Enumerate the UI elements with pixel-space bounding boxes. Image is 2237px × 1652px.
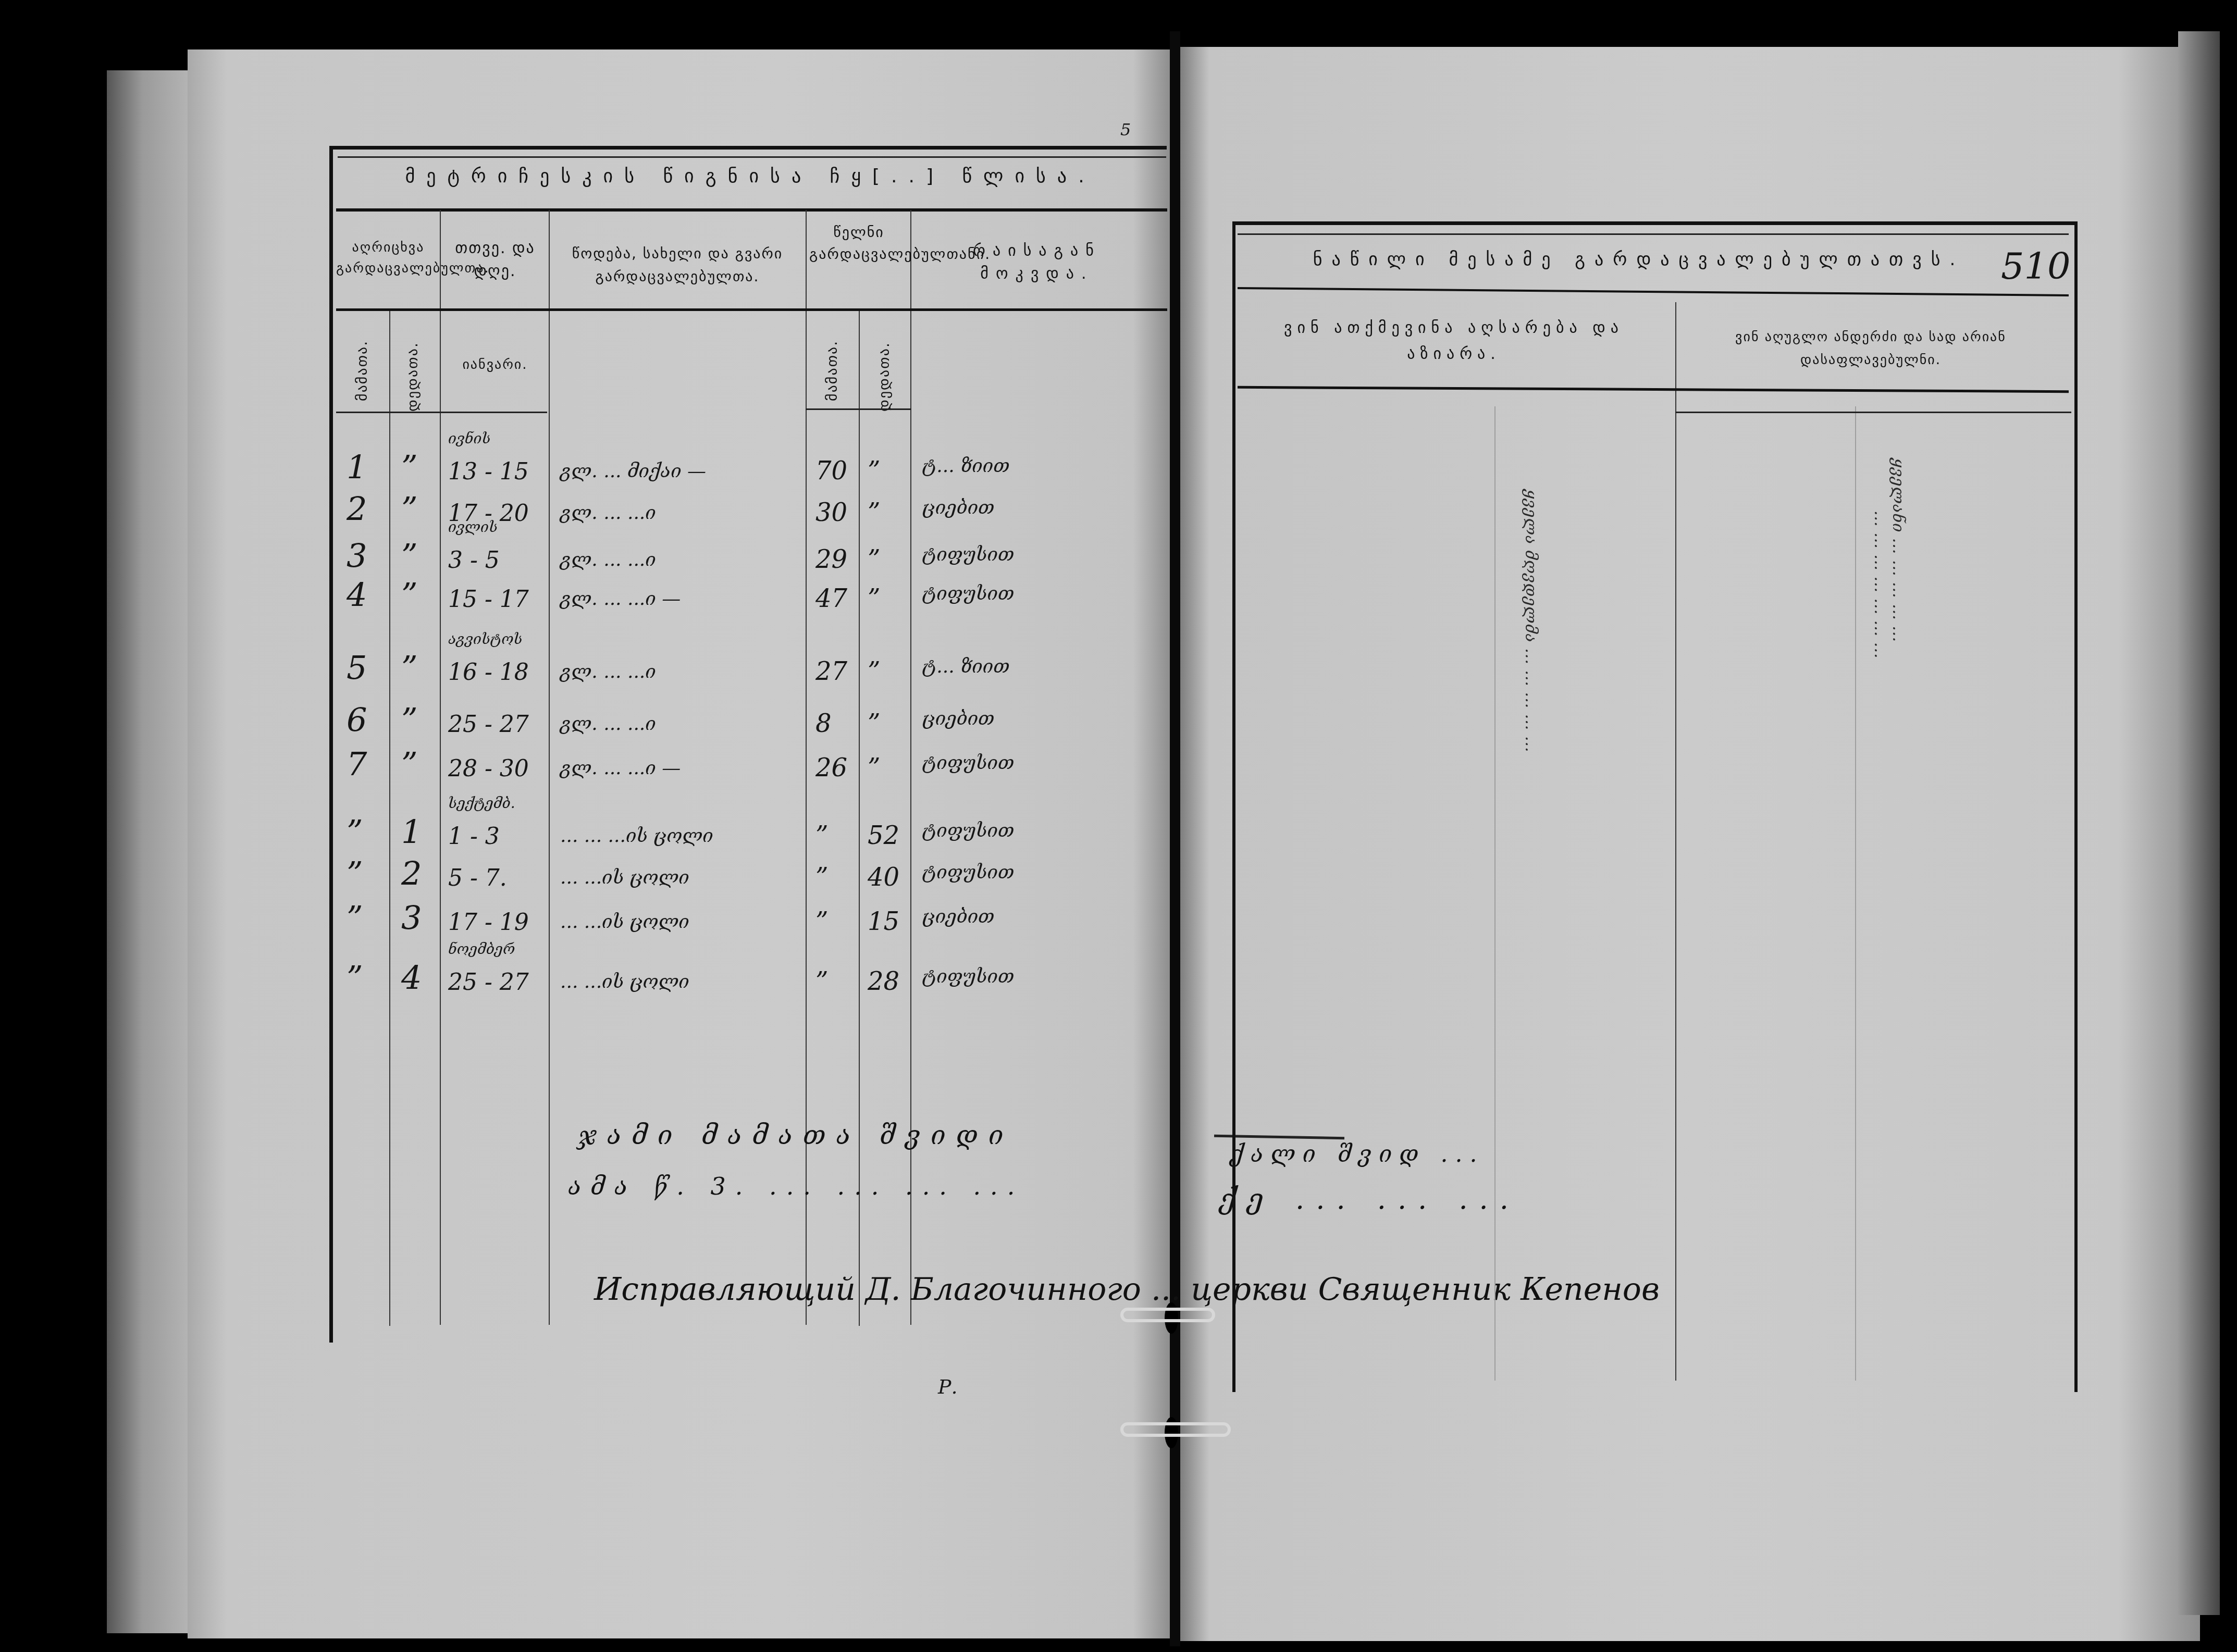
header-count: აღრიცხვა გარდაცვალებულთა.	[336, 237, 440, 279]
row-count-female: 1	[401, 813, 422, 851]
row-age-male: ”	[815, 967, 829, 996]
row-name: ... ...ის ცოლი	[560, 867, 689, 888]
row-count-male: ”	[347, 899, 363, 937]
row-count-male: 6	[347, 701, 367, 739]
row-name: გლ. ... ...ი —	[560, 588, 681, 610]
left-table-frame	[329, 146, 1167, 1343]
row-name: გლ. ... მიქაი —	[560, 461, 706, 482]
row-count-female: 2	[401, 854, 422, 892]
subheader-age-female: დედათა.	[875, 323, 893, 412]
row-cause: ტიფუსით	[922, 583, 1014, 604]
row-month: ივლის	[448, 518, 498, 536]
right-faint-divider	[1494, 406, 1496, 1381]
row-name: გლ. ... ...ი	[560, 502, 656, 524]
row-age-female: ”	[868, 545, 881, 574]
row-age-female: ”	[868, 584, 881, 613]
bottom-mark: Р.	[938, 1375, 958, 1398]
left-page-title: მეტრიჩესკის წიგნისა ჩყ[..] წლისა.	[344, 166, 1157, 187]
header-age: წელნი გარდაცვალებულთანი.	[809, 221, 908, 265]
subheader-count-male: მამათა.	[353, 323, 370, 401]
row-age-female: 15	[868, 907, 899, 936]
row-age-male: 29	[815, 545, 847, 574]
row-count-male: 4	[347, 576, 367, 614]
row-age-female: ”	[868, 753, 881, 782]
row-cause: ციებით	[922, 497, 994, 518]
row-count-male: 5	[347, 649, 367, 687]
row-count-male: 1	[347, 448, 367, 486]
vertical-note-confession: ყველა მღვდელმა ... ... ... ... ...	[1522, 490, 1540, 1094]
row-count-male: 3	[347, 537, 367, 575]
right-page-edge	[2178, 31, 2220, 1615]
left-body-rule-age	[806, 408, 911, 410]
row-dates: 25 - 27	[448, 711, 529, 738]
row-dates: 17 - 19	[448, 909, 529, 936]
row-count-female: ”	[401, 701, 418, 739]
left-subheader-rule	[336, 308, 1167, 311]
row-dates: 16 - 18	[448, 659, 529, 686]
row-cause: ტიფუსით	[922, 966, 1014, 987]
row-age-female: 40	[868, 863, 899, 892]
row-count-male: ”	[347, 813, 363, 851]
row-month: ნოემბერ	[448, 940, 515, 958]
row-age-female: ”	[868, 498, 881, 527]
closing-line-2: ამა წ. 3. ... ... ... ...	[568, 1172, 1024, 1200]
row-name: ... ...ის ცოლი	[560, 911, 689, 933]
row-cause: ტიფუსით	[922, 544, 1014, 565]
row-cause: ტიფუსით	[922, 862, 1014, 883]
left-header-rule	[336, 208, 1167, 212]
header-month-day: თთვე. და დღე.	[443, 237, 547, 283]
row-dates: 5 - 7.	[448, 865, 507, 891]
row-age-female: 28	[868, 967, 899, 996]
row-name: ... ...ის ცოლი	[560, 971, 689, 992]
row-cause: ტ... ზიით	[922, 656, 1010, 677]
row-month: სექტემბ.	[448, 794, 515, 812]
row-age-male: 70	[815, 456, 847, 486]
right-body-rule-2	[1675, 412, 2071, 413]
row-age-female: 52	[868, 821, 899, 850]
right-title-top-rule	[1238, 233, 2069, 235]
right-col-divider	[1675, 302, 1676, 1381]
header-confession: ვინ ათქმევინა აღსარება და აზიარა.	[1245, 315, 1662, 367]
right-faint-divider	[1855, 406, 1856, 1381]
col-subdivider-count	[389, 310, 390, 1326]
row-age-female: ”	[868, 709, 881, 738]
row-dates: 28 - 30	[448, 755, 529, 782]
row-age-male: ”	[815, 821, 829, 850]
left-body-rule	[336, 412, 547, 413]
col-divider	[440, 210, 441, 1325]
binding-string	[1120, 1422, 1231, 1437]
row-age-male: 47	[815, 584, 847, 613]
row-cause: ციებით	[922, 708, 994, 729]
left-page-edge	[107, 70, 195, 1633]
row-cause: ტიფუსით	[922, 752, 1014, 774]
binding-string	[1120, 1308, 1215, 1322]
row-cause: ციებით	[922, 906, 994, 927]
row-count-male: ”	[347, 959, 363, 997]
left-title-top-rule	[338, 156, 1166, 158]
row-count-male: 2	[347, 490, 367, 528]
closing-line-1: ჯამი მამათა შვიდი	[578, 1120, 1014, 1150]
subheader-count-female: დედათა.	[404, 323, 421, 412]
row-name: გლ. ... ...ი	[560, 661, 656, 682]
row-age-male: 27	[815, 657, 847, 686]
row-age-female: ”	[868, 657, 881, 686]
row-month: ივნის	[448, 430, 490, 447]
row-count-female: ”	[401, 576, 418, 614]
row-dates: 3 - 5	[448, 547, 500, 574]
header-cause: რაისაგან მოკვდა.	[922, 240, 1152, 285]
row-count-female: ”	[401, 649, 418, 687]
row-count-male: ”	[347, 854, 363, 892]
col-divider	[549, 210, 550, 1325]
row-count-female: 3	[401, 899, 422, 937]
row-dates: 25 - 27	[448, 969, 529, 996]
row-name: ... ... ...ის ცოლი	[560, 825, 713, 847]
row-dates: 15 - 17	[448, 586, 529, 613]
right-table-frame	[1232, 221, 2078, 1392]
vertical-note-burial-1: ყველანი ... ... ... ... ...	[1889, 458, 1907, 1104]
row-age-female: ”	[868, 456, 881, 486]
row-age-male: 8	[815, 709, 832, 738]
row-name: გლ. ... ...ი —	[560, 757, 681, 779]
vertical-note-burial-2: ... ... ... ... ... ... ...	[1871, 511, 1889, 1110]
row-count-male: 7	[347, 745, 367, 783]
left-top-mark: 5	[1120, 120, 1131, 140]
row-count-female: ”	[401, 490, 418, 528]
row-dates: 1 - 3	[448, 823, 500, 850]
row-age-male: 26	[815, 753, 847, 782]
col-divider	[910, 210, 911, 1325]
row-name: გლ. ... ...ი	[560, 549, 656, 570]
row-cause: ტ... ზიით	[922, 455, 1010, 477]
row-age-male: ”	[815, 863, 829, 892]
row-count-female: ”	[401, 448, 418, 486]
row-dates: 13 - 15	[448, 458, 529, 485]
row-age-male: ”	[815, 907, 829, 936]
row-count-female: ”	[401, 745, 418, 783]
row-name: გლ. ... ...ი	[560, 713, 656, 735]
row-age-male: 30	[815, 498, 847, 527]
book-spine	[1170, 31, 1180, 1646]
subheader-month: იანვარი.	[443, 353, 547, 376]
row-count-female: ”	[401, 537, 418, 575]
header-burial: ვინ აღუგლო ანდერძი და სად არიან დასაფლავ…	[1688, 326, 2053, 371]
subheader-age-male: მამათა.	[823, 323, 841, 401]
row-month: აგვისტოს	[448, 630, 523, 648]
header-name: წოდება, სახელი და გვარი გარდაცვალებულთა.	[563, 242, 792, 288]
folio-number: 510	[2001, 245, 2071, 288]
right-page-title: ნაწილი მესამე გარდაცვალებულთათვს.	[1261, 249, 2017, 270]
row-cause: ტიფუსით	[922, 820, 1014, 841]
col-divider	[806, 210, 807, 1325]
row-count-female: 4	[401, 959, 422, 997]
